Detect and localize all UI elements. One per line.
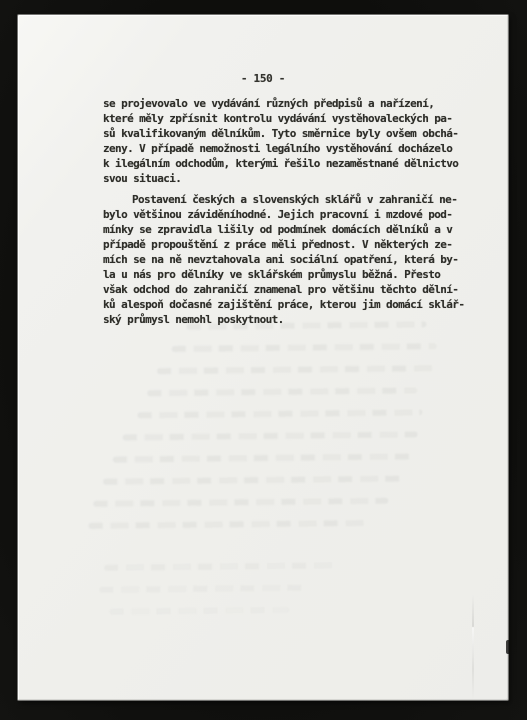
- text-line: Postavení českých a slovenských sklářů v…: [103, 192, 475, 207]
- body-text: se projevovalo ve vydávání různých předp…: [103, 96, 475, 327]
- text-line: la u nás pro dělníky ve sklářském průmys…: [103, 267, 475, 282]
- text-line: svou situaci.: [103, 171, 475, 186]
- text-line: případě propouštění z práce měli přednos…: [103, 237, 475, 252]
- text-line: se projevovalo ve vydávání různých předp…: [103, 96, 475, 111]
- text-line: zeny. V případě nemožnosti legálního vys…: [103, 141, 475, 156]
- text-line: k ilegálním odchodům, kterými řešilo nez…: [103, 156, 475, 171]
- bleed-through-ghost-text: [76, 321, 459, 615]
- paragraph-2: Postavení českých a slovenských sklářů v…: [103, 192, 475, 327]
- text-line: ků alespoň dočasné zajištění práce, kter…: [103, 297, 475, 312]
- page-number: - 150 -: [18, 72, 508, 85]
- text-line: mích se na ně nevztahovala ani sociální …: [103, 252, 475, 267]
- text-line: sů kvalifikovaným dělníkům. Tyto směrnic…: [103, 126, 475, 141]
- paper-crease: [472, 595, 474, 700]
- document-page: - 150 - se projevovalo ve vydávání různý…: [18, 15, 508, 700]
- text-line: bylo většinou záviděníhodné. Jejich prac…: [103, 207, 475, 222]
- scanned-document-screenshot: { "scan": { "background_color": "#0e0e0c…: [0, 0, 527, 720]
- paper-edge-nick: [506, 640, 509, 654]
- text-line: které měly zpřísnit kontrolu vydávání vy…: [103, 111, 475, 126]
- text-line: ský průmysl nemohl poskytnout.: [103, 312, 475, 327]
- text-line: však odchod do zahraničí znamenal pro vě…: [103, 282, 475, 297]
- paragraph-1: se projevovalo ve vydávání různých předp…: [103, 96, 475, 186]
- scanner-background: - 150 - se projevovalo ve vydávání různý…: [0, 0, 527, 720]
- text-line: mínky se zpravidla lišily od podmínek do…: [103, 222, 475, 237]
